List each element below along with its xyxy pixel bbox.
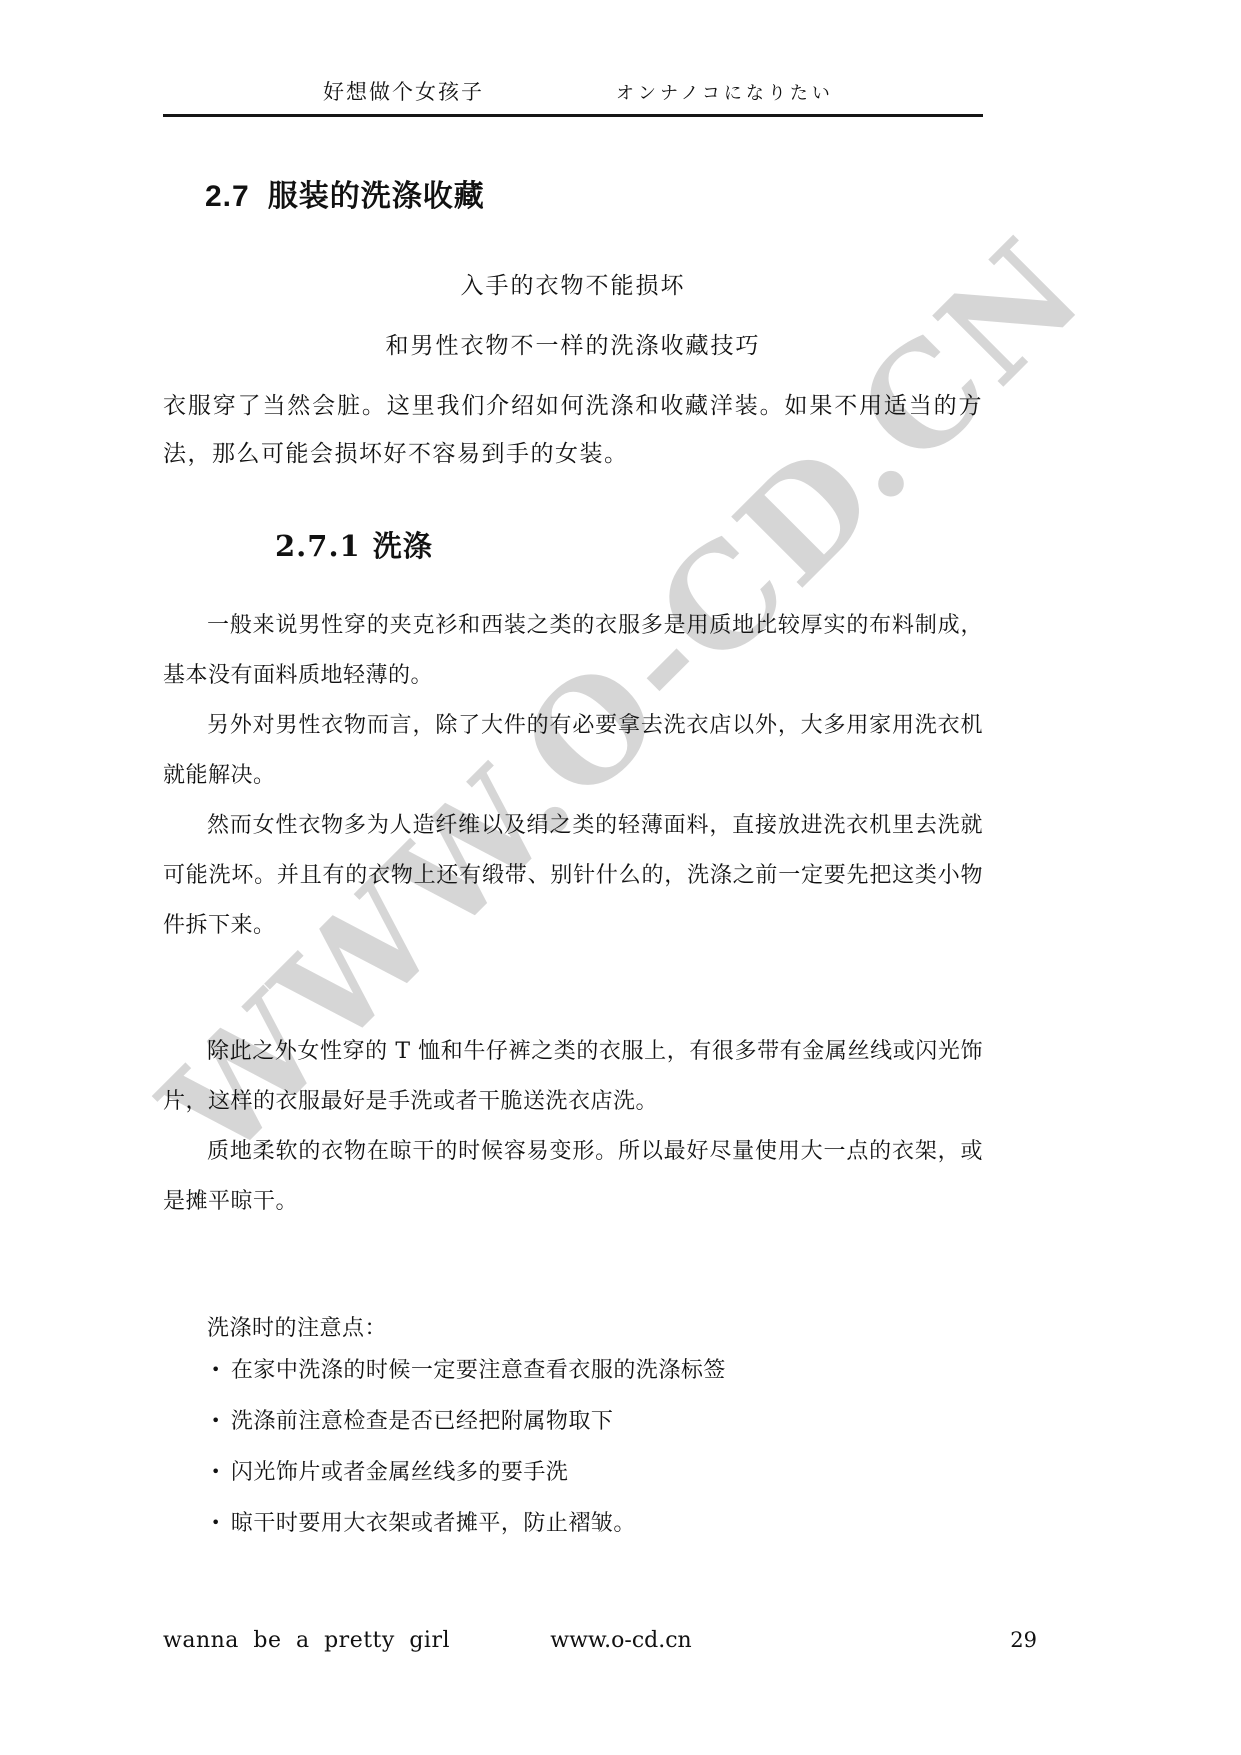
section-title-text: 服装的洗涤收藏 xyxy=(268,180,485,213)
list-item-text: 晾干时要用大衣架或者摊平，防止褶皱。 xyxy=(231,1511,636,1536)
list-item-text: 洗涤前注意检查是否已经把附属物取下 xyxy=(231,1409,614,1434)
intro-paragraph: 衣服穿了当然会脏。这里我们介绍如何洗涤和收藏洋装。如果不用适当的方法，那么可能会… xyxy=(163,382,983,478)
list-item: •闪光饰片或者金属丝线多的要手洗 xyxy=(211,1448,983,1499)
subsection-title-text: 洗涤 xyxy=(373,529,433,563)
list-item: •晾干时要用大衣架或者摊平，防止褶皱。 xyxy=(211,1499,983,1550)
header-rule xyxy=(163,114,983,117)
footer-website: www.o-cd.cn xyxy=(550,1628,691,1653)
bullet-icon: • xyxy=(211,1513,221,1532)
body-paragraph: 另外对男性衣物而言，除了大件的有必要拿去洗衣店以外，大多用家用洗衣机就能解决。 xyxy=(163,701,983,801)
intro-tagline-2: 和男性衣物不一样的洗涤收藏技巧 xyxy=(163,327,983,360)
page-content: 好想做个女孩子 オンナノコになりたい 2.7服装的洗涤收藏 入手的衣物不能损坏 … xyxy=(163,0,983,1550)
subsection-number: 2.7.1 xyxy=(275,529,361,563)
list-item-text: 在家中洗涤的时候一定要注意查看衣服的洗涤标签 xyxy=(231,1358,726,1383)
body-paragraph: 除此之外女性穿的 T 恤和牛仔裤之类的衣服上，有很多带有金属丝线或闪光饰片，这样… xyxy=(163,1027,983,1127)
notes-heading: 洗涤时的注意点： xyxy=(163,1311,983,1342)
bullet-icon: • xyxy=(211,1360,221,1379)
section-heading: 2.7服装的洗涤收藏 xyxy=(205,171,983,215)
document-page: WWW.O-CD.CN 好想做个女孩子 オンナノコになりたい 2.7服装的洗涤收… xyxy=(0,0,1241,1755)
body-paragraph: 然而女性衣物多为人造纤维以及绢之类的轻薄面料，直接放进洗衣机里去洗就可能洗坏。并… xyxy=(163,801,983,951)
page-number: 29 xyxy=(1010,1628,1037,1652)
bullet-icon: • xyxy=(211,1462,221,1481)
bullet-icon: • xyxy=(211,1411,221,1430)
body-paragraph: 一般来说男性穿的夹克衫和西装之类的衣服多是用质地比较厚实的布料制成，基本没有面料… xyxy=(163,601,983,701)
body-paragraph: 质地柔软的衣物在晾干的时候容易变形。所以最好尽量使用大一点的衣架，或是摊平晾干。 xyxy=(163,1127,983,1227)
list-item: •洗涤前注意检查是否已经把附属物取下 xyxy=(211,1397,983,1448)
notes-list: •在家中洗涤的时候一定要注意查看衣服的洗涤标签 •洗涤前注意检查是否已经把附属物… xyxy=(163,1346,983,1550)
running-title-chinese: 好想做个女孩子 xyxy=(323,76,484,106)
list-item-text: 闪光饰片或者金属丝线多的要手洗 xyxy=(231,1460,569,1485)
running-header: 好想做个女孩子 オンナノコになりたい xyxy=(163,0,983,106)
intro-tagline-1: 入手的衣物不能损坏 xyxy=(163,267,983,300)
footer-motto: wanna be a pretty girl xyxy=(163,1628,450,1653)
subsection-heading: 2.7.1洗涤 xyxy=(275,524,983,565)
running-title-japanese: オンナノコになりたい xyxy=(616,79,834,105)
list-item: •在家中洗涤的时候一定要注意查看衣服的洗涤标签 xyxy=(211,1346,983,1397)
section-number: 2.7 xyxy=(205,180,250,213)
